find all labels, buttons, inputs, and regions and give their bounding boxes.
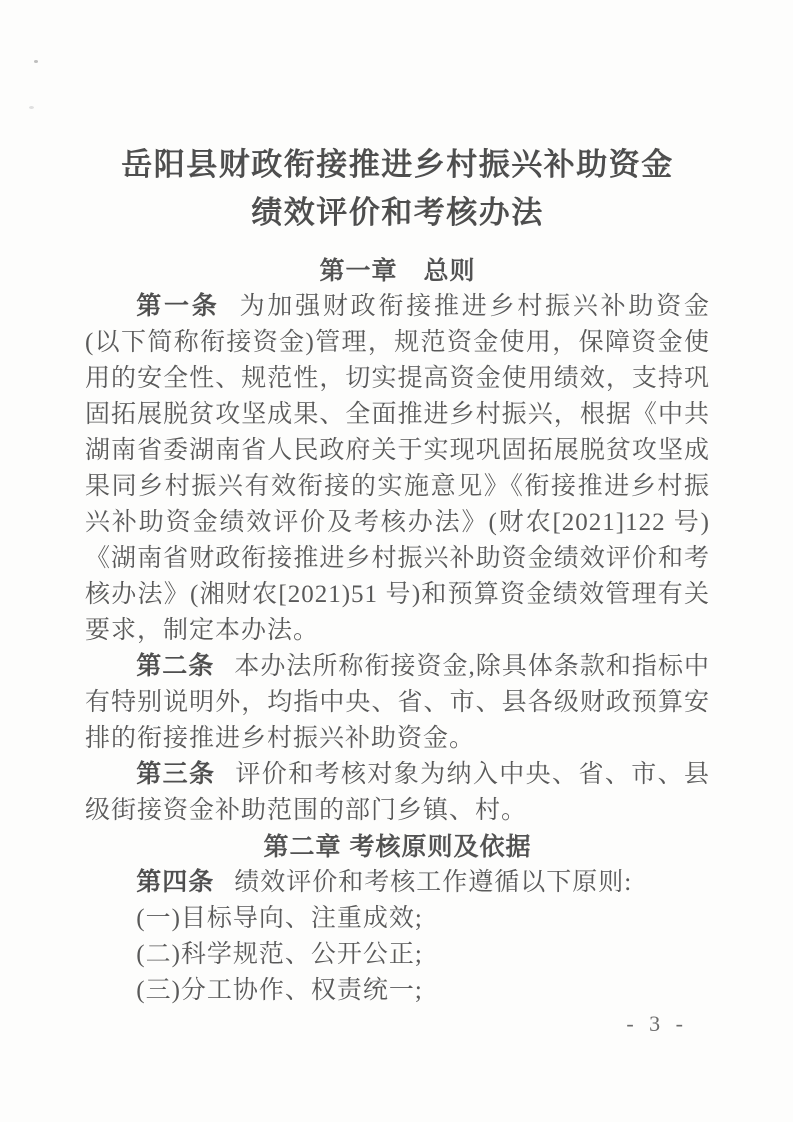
principle-item-1: (一)目标导向、注重成效; bbox=[85, 901, 710, 937]
article-1-text: 为加强财政衔接推进乡村振兴补助资金(以下简称衔接资金)管理，规范资金使用，保障资… bbox=[85, 293, 710, 644]
chapter-1-heading: 第一章 总则 bbox=[85, 253, 710, 289]
page-number: - 3 - bbox=[85, 1009, 710, 1039]
title-line-2: 绩效评价和考核办法 bbox=[85, 189, 710, 237]
scan-speck bbox=[29, 106, 34, 109]
document-title: 岳阳县财政衔接推进乡村振兴补助资金 绩效评价和考核办法 bbox=[85, 141, 710, 237]
article-4: 第四条绩效评价和考核工作遵循以下原则: bbox=[85, 865, 710, 901]
scan-speck bbox=[34, 60, 38, 63]
article-3-label: 第三条 bbox=[136, 761, 215, 788]
article-1-label: 第一条 bbox=[136, 293, 219, 320]
principle-item-3: (三)分工协作、权责统一; bbox=[85, 973, 710, 1009]
article-4-text: 绩效评价和考核工作遵循以下原则: bbox=[234, 869, 632, 896]
chapter-2-heading: 第二章 考核原则及依据 bbox=[85, 829, 710, 865]
article-3: 第三条评价和考核对象为纳入中央、省、市、县级街接资金补助范围的部门乡镇、村。 bbox=[85, 757, 710, 829]
article-2: 第二条本办法所称衔接资金,除具体条款和指标中有特别说明外，均指中央、省、市、县各… bbox=[85, 649, 710, 757]
article-4-label: 第四条 bbox=[136, 869, 214, 896]
principle-item-2: (二)科学规范、公开公正; bbox=[85, 937, 710, 973]
title-line-1: 岳阳县财政衔接推进乡村振兴补助资金 bbox=[85, 141, 710, 189]
scanned-document-page: 岳阳县财政衔接推进乡村振兴补助资金 绩效评价和考核办法 第一章 总则 第一条为加… bbox=[0, 0, 793, 1122]
article-2-label: 第二条 bbox=[136, 653, 214, 680]
article-1: 第一条为加强财政衔接推进乡村振兴补助资金(以下简称衔接资金)管理，规范资金使用，… bbox=[85, 289, 710, 649]
